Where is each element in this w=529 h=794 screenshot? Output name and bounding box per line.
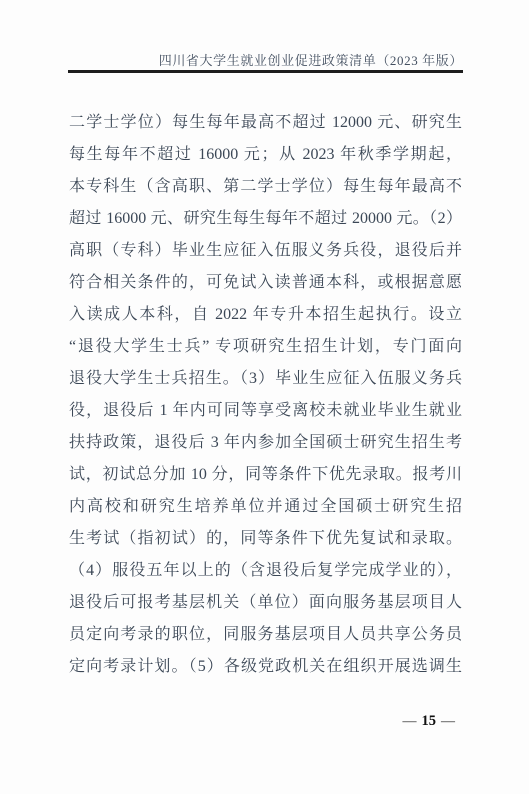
body-line: 入读成人本科，自 2022 年专升本招生起执行。设立	[69, 299, 462, 331]
page-footer: —15—	[403, 711, 456, 732]
body-line: （4）服役五年以上的（含退役后复学完成学业的），	[69, 555, 462, 587]
header-title: 四川省大学生就业创业促进政策清单（2023 年版）	[159, 50, 463, 69]
body-line: 超过 16000 元、研究生每生每年不超过 20000 元。（2）	[69, 203, 462, 235]
body-line: 员定向考录的职位，同服务基层项目人员共享公务员	[69, 619, 462, 651]
body-line: 试，初试总分加 10 分，同等条件下优先录取。报考川	[69, 459, 462, 491]
body-line: 扶持政策，退役后 3 年内参加全国硕士研究生招生考	[69, 427, 462, 459]
body-line: 每生每年不超过 16000 元；从 2023 年秋季学期起，	[69, 139, 462, 171]
body-line: 符合相关条件的，可免试入读普通本科，或根据意愿	[69, 267, 462, 299]
body-line: 内高校和研究生培养单位并通过全国硕士研究生招	[69, 491, 462, 523]
body-line: 生考试（指初试）的，同等条件下优先复试和录取。	[69, 523, 462, 555]
body-line: “退役大学生士兵” 专项研究生招生计划，专门面向	[69, 331, 462, 363]
page-number: 15	[422, 713, 437, 729]
body-line: 役，退役后 1 年内可同等享受离校未就业毕业生就业	[69, 395, 462, 427]
footer-dash-left: —	[403, 714, 417, 729]
body-line: 定向考录计划。（5）各级党政机关在组织开展选调生	[69, 651, 462, 683]
document-page: 四川省大学生就业创业促进政策清单（2023 年版） 二学士学位）每生每年最高不超…	[0, 0, 529, 794]
header-rule	[68, 70, 463, 73]
footer-dash-right: —	[441, 714, 455, 729]
body-line: 本专科生（含高职、第二学士学位）每生每年最高不	[69, 171, 462, 203]
body-line: 二学士学位）每生每年最高不超过 12000 元、研究生	[69, 107, 462, 139]
body-line: 高职（专科）毕业生应征入伍服义务兵役，退役后并	[69, 235, 462, 267]
body-line: 退役后可报考基层机关（单位）面向服务基层项目人	[69, 587, 462, 619]
body-text-block: 二学士学位）每生每年最高不超过 12000 元、研究生 每生每年不超过 1600…	[69, 107, 462, 683]
body-line: 退役大学生士兵招生。（3）毕业生应征入伍服义务兵	[69, 363, 462, 395]
